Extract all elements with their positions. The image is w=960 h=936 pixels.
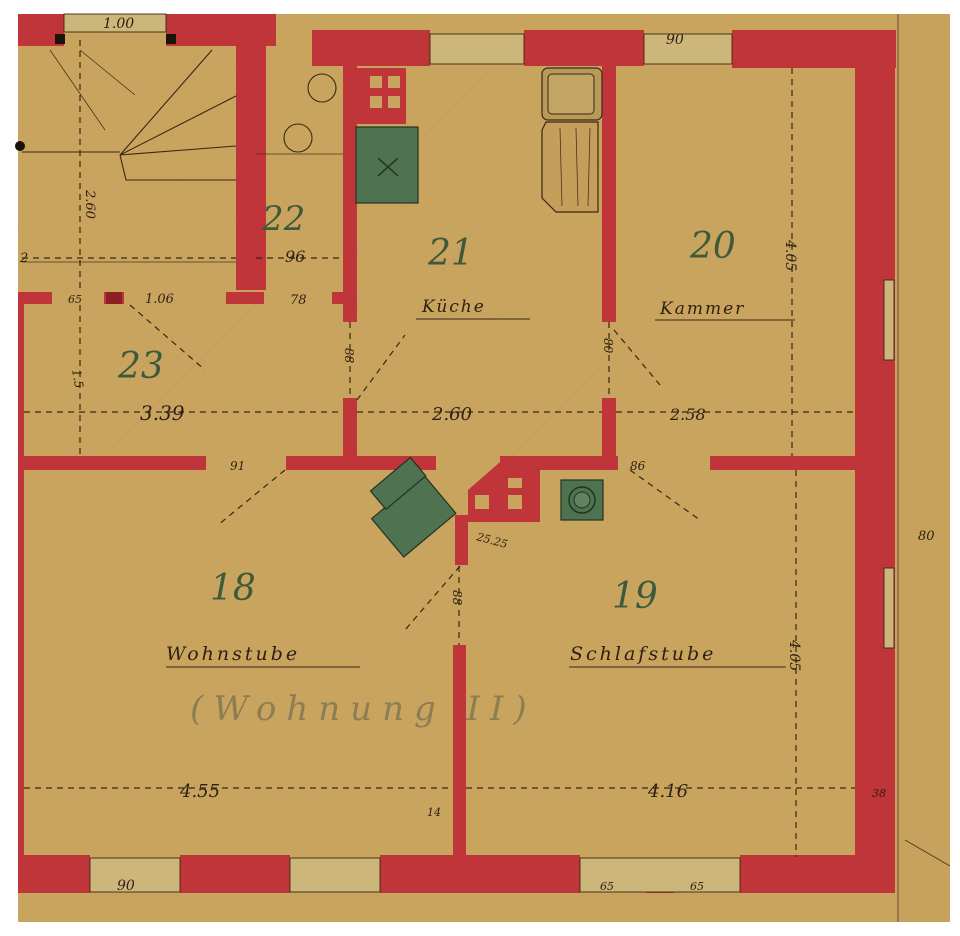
room-19-name: Schlafstube — [570, 643, 716, 665]
svg-text:80: 80 — [918, 529, 935, 544]
room-20-number: 20 — [689, 226, 736, 267]
svg-text:65: 65 — [600, 880, 614, 893]
corridor-hatch — [22, 305, 342, 455]
svg-text:2.60: 2.60 — [431, 404, 472, 425]
svg-text:90: 90 — [666, 32, 684, 48]
svg-text:38: 38 — [872, 787, 886, 800]
svg-text:80: 80 — [601, 338, 615, 354]
svg-text:91: 91 — [230, 459, 245, 473]
svg-text:96: 96 — [285, 247, 305, 266]
svg-text:88: 88 — [342, 348, 356, 364]
room-19-number: 19 — [612, 576, 658, 617]
svg-text:4.16: 4.16 — [647, 781, 688, 802]
svg-text:4.05: 4.05 — [782, 239, 798, 271]
svg-text:2.58: 2.58 — [669, 405, 706, 424]
svg-text:86: 86 — [630, 459, 646, 473]
svg-text:4.05: 4.05 — [786, 639, 802, 671]
svg-text:65: 65 — [690, 880, 704, 893]
room-23-number: 23 — [117, 346, 164, 387]
svg-text:90: 90 — [117, 878, 135, 894]
apartment-label: (Wohnung II) — [190, 689, 537, 729]
room-18-number: 18 — [210, 568, 256, 609]
floor-plan-drawing: 1.00 90 2.60 2 96 78 65 1.06 3.39 1.5 2.… — [0, 0, 960, 936]
svg-text:1.00: 1.00 — [103, 16, 134, 32]
room-21-number: 21 — [427, 233, 474, 274]
room-21-name: Küche — [421, 297, 486, 317]
svg-text:88: 88 — [450, 590, 464, 606]
svg-text:65: 65 — [68, 293, 82, 306]
kitchen-sink-icon — [542, 68, 602, 212]
svg-text:78: 78 — [290, 293, 307, 308]
svg-text:2: 2 — [19, 251, 28, 266]
svg-text:14: 14 — [427, 806, 441, 819]
svg-text:1.06: 1.06 — [145, 292, 174, 307]
room-20-name: Kammer — [659, 299, 745, 319]
svg-text:2.60: 2.60 — [82, 189, 97, 219]
room-22-number: 22 — [261, 199, 305, 239]
kitchen-stove-icon — [356, 127, 418, 203]
room-18-name: Wohnstube — [166, 643, 300, 665]
svg-text:4.55: 4.55 — [179, 781, 220, 802]
svg-text:3.39: 3.39 — [140, 401, 185, 425]
